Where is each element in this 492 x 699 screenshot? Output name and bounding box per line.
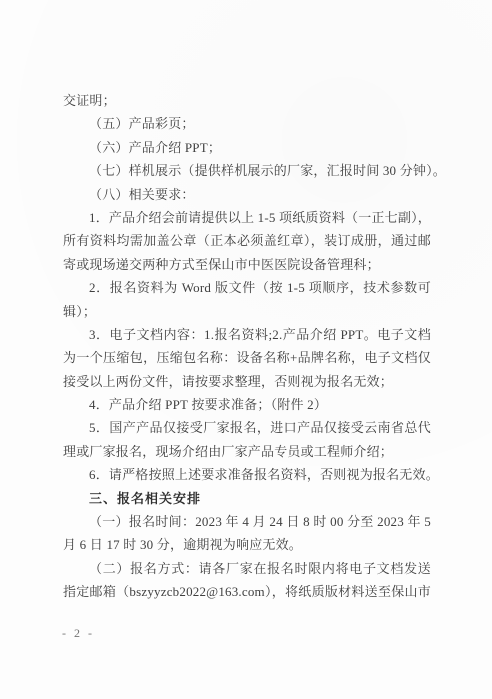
text-line: 所有资料均需加盖公章（正本必须盖红章），装订成册，通过邮	[63, 229, 431, 252]
page-number: - 2 -	[62, 626, 95, 641]
text-line: 月 6 日 17 时 30 分，逾期视为响应无效。	[63, 533, 431, 556]
text-line: 5．国产产品仅接受厂家报名，进口产品仅接受云南省总代	[63, 416, 431, 439]
document-body: 交证明；（五）产品彩页；（六）产品介绍 PPT；（七）样机展示（提供样机展示的厂…	[63, 89, 431, 604]
text-line: （六）产品介绍 PPT；	[63, 136, 431, 159]
text-line: 2．报名资料为 Word 版文件（按 1-5 项顺序，技术参数可编	[63, 276, 431, 299]
text-line: 理或厂家报名，现场介绍由厂家产品专员或工程师介绍；	[63, 440, 431, 463]
text-line: 为一个压缩包，压缩包名称：设备名称+品牌名称，电子文档仅	[63, 346, 431, 369]
document-page: 交证明；（五）产品彩页；（六）产品介绍 PPT；（七）样机展示（提供样机展示的厂…	[0, 0, 492, 699]
text-line: 接受以上两份文件，请按要求整理，否则视为报名无效；	[63, 370, 431, 393]
text-line: 寄或现场递交两种方式至保山市中医医院设备管理科；	[63, 253, 431, 276]
text-line: （二）报名方式：请各厂家在报名时限内将电子文档发送至	[63, 557, 431, 580]
text-line: 3．电子文档内容：1.报名资料;2.产品介绍 PPT。电子文档	[63, 323, 431, 346]
text-line: （一）报名时间：2023 年 4 月 24 日 8 时 00 分至 2023 年…	[63, 510, 431, 533]
section-heading: 三、报名相关安排	[63, 487, 431, 510]
text-line: 1．产品介绍会前请提供以上 1-5 项纸质资料（一正七副），	[63, 206, 431, 229]
text-line: 指定邮箱（bszyyzcb2022@163.com），将纸质版材料送至保山市	[63, 580, 431, 603]
text-line: 6．请严格按照上述要求准备报名资料，否则视为报名无效。	[63, 463, 431, 486]
text-line: （八）相关要求：	[63, 183, 431, 206]
text-line: 辑）；	[63, 300, 431, 323]
text-line: （七）样机展示（提供样机展示的厂家，汇报时间 30 分钟）。	[63, 159, 431, 182]
text-line: 4．产品介绍 PPT 按要求准备；（附件 2）	[63, 393, 431, 416]
text-line: 交证明；	[63, 89, 431, 112]
text-line: （五）产品彩页；	[63, 112, 431, 135]
